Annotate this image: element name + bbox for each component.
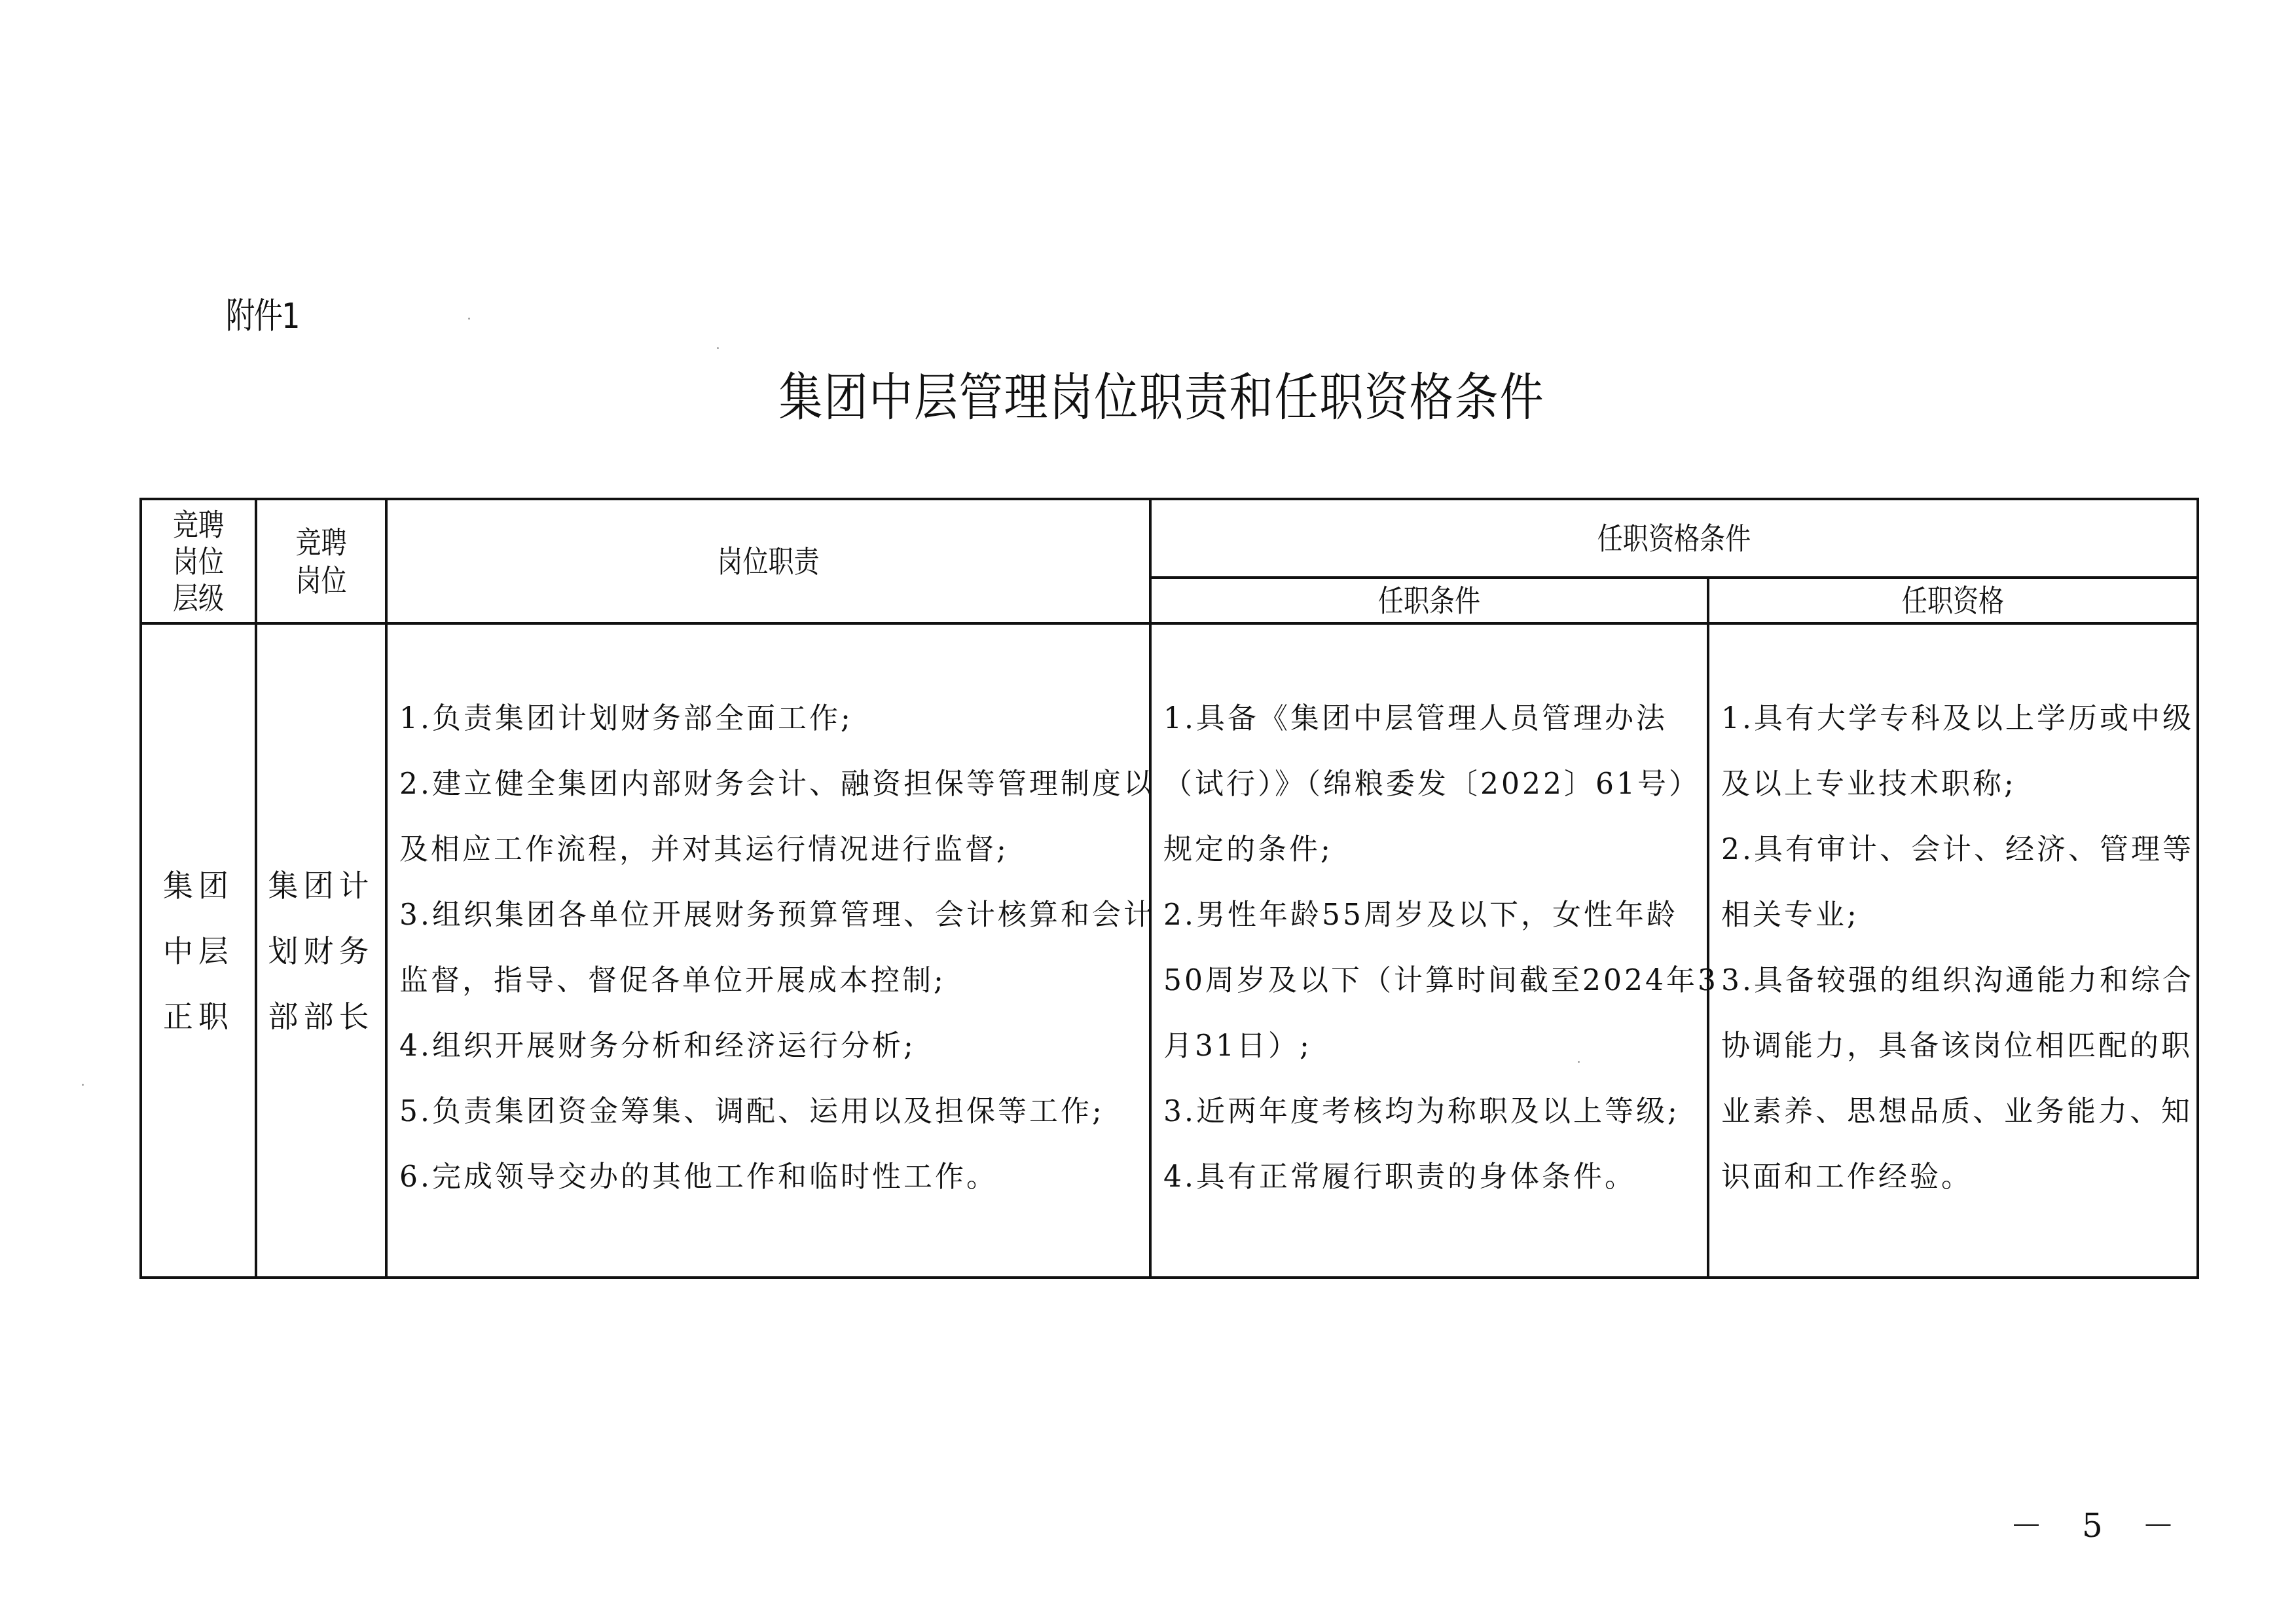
- cell-conditions: 1.具备《集团中层管理人员管理办法 （试行）》（绵粮委发〔2022〕61号） 规…: [1150, 623, 1708, 1278]
- position-line: 划财务: [257, 918, 385, 984]
- duty-line: 6.完成领导交办的其他工作和临时性工作。: [399, 1145, 1137, 1210]
- qualification-line: 相关专业;: [1721, 883, 2185, 948]
- document-title: 集团中层管理岗位职责和任职资格条件: [163, 357, 2138, 430]
- duty-line: 2.建立健全集团内部财务会计、融资担保等管理制度以: [399, 752, 1137, 817]
- condition-line: 50周岁及以下（计算时间截至2024年3: [1163, 948, 1695, 1014]
- header-qualifications: 任职资格: [1708, 578, 2198, 623]
- duty-line: 3.组织集团各单位开展财务预算管理、会计核算和会计: [399, 883, 1137, 948]
- condition-line: 1.具备《集团中层管理人员管理办法: [1163, 686, 1695, 752]
- table-header-row-1: 竞聘 岗位 层级 竞聘 岗位 岗位职责 任职资格条件: [141, 499, 2198, 578]
- cell-qualifications: 1.具有大学专科及以上学历或中级 及以上专业技术职称; 2.具有审计、会计、经济…: [1708, 623, 2198, 1278]
- header-duties: 岗位职责: [386, 499, 1150, 623]
- duty-line: 4.组织开展财务分析和经济运行分析;: [399, 1014, 1137, 1079]
- header-position-line: 竞聘: [267, 523, 376, 561]
- header-position: 竞聘 岗位: [256, 499, 386, 623]
- header-conditions: 任职条件: [1150, 578, 1708, 623]
- qualification-line: 及以上专业技术职称;: [1721, 752, 2185, 817]
- header-level-line: 岗位: [151, 543, 246, 580]
- duty-line: 及相应工作流程，并对其运行情况进行监督;: [399, 817, 1137, 883]
- cell-position: 集团计 划财务 部部长: [256, 623, 386, 1278]
- cell-level: 集团 中层 正职: [141, 623, 256, 1278]
- condition-line: 2.男性年龄55周岁及以下，女性年龄: [1163, 883, 1695, 948]
- scan-speck: [82, 1084, 84, 1086]
- scan-speck: [468, 318, 470, 320]
- level-line: 中层: [142, 918, 255, 984]
- cell-duties: 1.负责集团计划财务部全面工作; 2.建立健全集团内部财务会计、融资担保等管理制…: [386, 623, 1150, 1278]
- header-qualifications-label: 任职资格: [1746, 581, 2160, 619]
- duty-line: 5.负责集团资金筹集、调配、运用以及担保等工作;: [399, 1079, 1137, 1145]
- document-title-text: 集团中层管理岗位职责和任职资格条件: [779, 357, 1545, 430]
- duty-line: 监督，指导、督促各单位开展成本控制;: [399, 948, 1137, 1014]
- level-line: 正职: [142, 984, 255, 1049]
- qualification-line: 3.具备较强的组织沟通能力和综合: [1721, 948, 2185, 1014]
- attachment-label: 附件1: [226, 288, 299, 339]
- header-level-line: 层级: [151, 580, 246, 616]
- qualification-line: 识面和工作经验。: [1721, 1145, 2185, 1210]
- header-conditions-label: 任职条件: [1194, 581, 1666, 619]
- scan-speck: [717, 347, 719, 349]
- condition-line: （试行）》（绵粮委发〔2022〕61号）: [1163, 752, 1695, 817]
- qualification-line: 业素养、思想品质、业务能力、知: [1721, 1079, 2185, 1145]
- position-line: 部部长: [257, 984, 385, 1049]
- duty-line: 1.负责集团计划财务部全面工作;: [399, 686, 1137, 752]
- table-row: 集团 中层 正职 集团计 划财务 部部长 1.负责集团计划财务部全面工作; 2.…: [141, 623, 2198, 1278]
- condition-line: 规定的条件;: [1163, 817, 1695, 883]
- position-line: 集团计: [257, 853, 385, 918]
- page-number: － 5 －: [2010, 1500, 2189, 1547]
- job-requirements-table: 竞聘 岗位 层级 竞聘 岗位 岗位职责 任职资格条件 任职条件 任职资格: [139, 498, 2199, 1279]
- header-level: 竞聘 岗位 层级: [141, 499, 256, 623]
- header-position-line: 岗位: [267, 561, 376, 599]
- header-qualification-group: 任职资格条件: [1150, 499, 2198, 578]
- condition-line: 3.近两年度考核均为称职及以上等级;: [1163, 1079, 1695, 1145]
- condition-line: 月31日）;: [1163, 1014, 1695, 1079]
- qualification-line: 2.具有审计、会计、经济、管理等: [1721, 817, 2185, 883]
- qualification-line: 1.具有大学专科及以上学历或中级: [1721, 686, 2185, 752]
- qualification-line: 协调能力，具备该岗位相匹配的职: [1721, 1014, 2185, 1079]
- condition-line: 4.具有正常履行职责的身体条件。: [1163, 1145, 1695, 1210]
- header-duties-label: 岗位职责: [445, 542, 1092, 580]
- scan-speck: [1578, 1061, 1580, 1063]
- header-qualification-group-label: 任职资格条件: [1230, 519, 2119, 557]
- level-line: 集团: [142, 853, 255, 918]
- header-level-line: 竞聘: [151, 506, 246, 543]
